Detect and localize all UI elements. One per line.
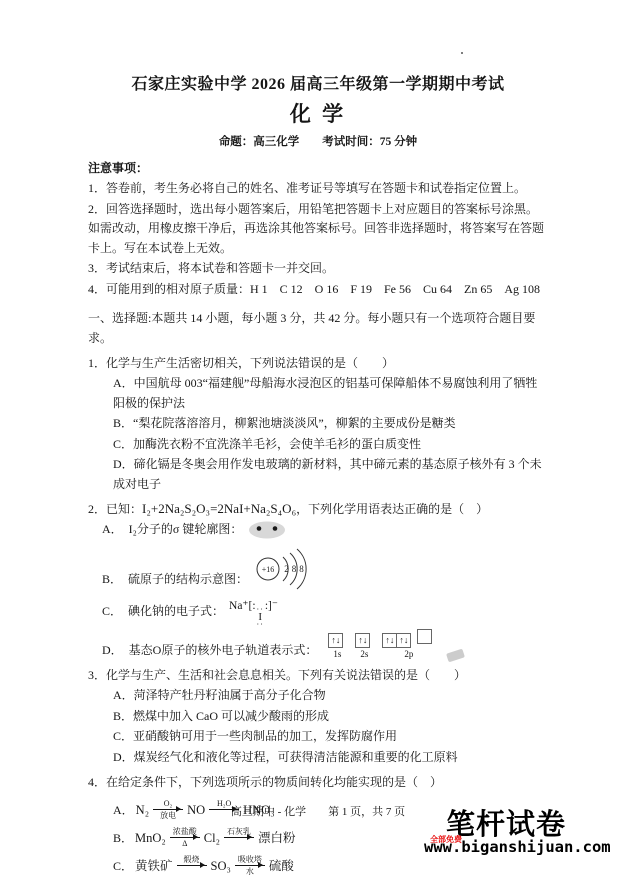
question-2-option-b: B． 硫原子的结构示意图： +16 2 8 8	[88, 544, 548, 594]
option-b-label: B． 硫原子的结构示意图：	[102, 570, 248, 590]
reaction-arrow: 煅烧	[177, 855, 207, 876]
page-content: 石家庄实验中学 2026 届高三年级第一学期期中考试 化 学 命题：高三化学 考…	[88, 74, 548, 876]
question-2-option-a: A． I₂分子的σ 键轮廓图：	[88, 520, 548, 540]
question-2-stem-post: ，下列化学用语表达正确的是（ ）	[296, 502, 488, 516]
orbital-cell-empty	[417, 629, 432, 644]
orbital-label: 2p	[404, 649, 413, 660]
orbital-cell: ↑↓	[355, 633, 370, 648]
option-label: B．	[113, 829, 133, 847]
reactant: MnO₂	[135, 829, 166, 847]
question-1: 1．化学与生产生活密切相关，下列说法错误的是（ ） A．中国航母 003“福建舰…	[88, 353, 548, 494]
exam-meta: 命题：高三化学 考试时间：75 分钟	[88, 134, 548, 150]
notice-item-4: 4．可能用到的相对原子质量：H 1 C 12 O 16 F 19 Fe 56 C…	[88, 280, 548, 300]
notice-heading: 注意事项：	[88, 159, 548, 178]
question-2-stem: 2．已知：I₂+2Na₂S₂O₃=2NaI+Na₂S₄O₆，下列化学用语表达正确…	[88, 499, 548, 519]
svg-text:+16: +16	[262, 565, 275, 574]
question-1-option-c: C．加酶洗衣粉不宜洗涤羊毛衫，会使羊毛衫的蛋白质变性	[88, 435, 548, 455]
product: 硫酸	[269, 857, 294, 875]
question-2-option-c: C． 碘化钠的电子式： Na⁺[:··I··:]⁻	[88, 597, 548, 627]
notice-item-3: 3．考试结束后，将本试卷和答题卡一并交回。	[88, 259, 548, 279]
watermark: 笔杆试卷 全部免费 www.biganshijuan.com	[424, 810, 627, 856]
orbital-box-diagram: ↑↓ 1s ↑↓ 2s ↑↓↑↓ 2p	[328, 633, 444, 660]
reaction-arrow: 浓盐酸Δ	[170, 827, 200, 848]
question-4-stem: 4．在给定条件下，下列选项所示的物质间转化均能实现的是（ ）	[88, 772, 548, 792]
stray-dot	[461, 52, 463, 54]
question-4-option-c: C． 黄铁矿 煅烧 SO₃ 吸收塔水 硫酸	[88, 855, 548, 876]
paper-title: 石家庄实验中学 2026 届高三年级第一学期期中考试	[88, 74, 548, 96]
svg-text:8: 8	[299, 564, 304, 574]
option-c-label: C． 碘化钠的电子式：	[102, 602, 224, 622]
orbital-label: 1s	[333, 649, 341, 660]
orbital-cell: ↑↓	[396, 633, 411, 648]
reactant: 黄铁矿	[135, 857, 173, 875]
question-2-stem-pre: 2．已知：	[88, 502, 142, 516]
question-1-stem: 1．化学与生产生活密切相关，下列说法错误的是（ ）	[88, 353, 548, 373]
question-3-stem: 3．化学与生产、生活和社会息息相关。下列有关说法错误的是（ ）	[88, 665, 548, 685]
question-1-option-b: B．“梨花院落溶溶月，柳絮池塘淡淡风”，柳絮的主要成份是糖类	[88, 414, 548, 434]
orbital-label: 2s	[360, 649, 368, 660]
option-d-label: D． 基态O原子的核外电子轨道表示式：	[102, 641, 317, 661]
electron-dot-formula: Na⁺[:··I··:]⁻	[229, 597, 278, 627]
subject-title: 化 学	[88, 101, 548, 127]
orbital-group-1s: ↑↓ 1s	[328, 633, 346, 660]
reaction-arrow: 吸收塔水	[235, 855, 265, 876]
svg-text:8: 8	[292, 564, 297, 574]
question-3: 3．化学与生产、生活和社会息息相关。下列有关说法错误的是（ ） A．菏泽特产牡丹…	[88, 665, 548, 767]
question-2: 2．已知：I₂+2Na₂S₂O₃=2NaI+Na₂S₄O₆，下列化学用语表达正确…	[88, 499, 548, 660]
svg-text:2: 2	[284, 564, 289, 574]
sigma-bond-contour-diagram	[247, 520, 287, 540]
smudge-artifact	[446, 649, 465, 663]
intermediate: Cl₂	[204, 829, 220, 847]
option-a-label: A． I₂分子的σ 键轮廓图：	[102, 520, 242, 540]
question-1-option-a: A．中国航母 003“福建舰”母船海水浸泡区的铝基可保障船体不易腐蚀利用了牺牲阳…	[88, 374, 548, 413]
orbital-cell: ↑↓	[382, 633, 397, 648]
question-1-option-d: D．碲化镉是冬奥会用作发电玻璃的新材料，其中碲元素的基态原子核外有 3 个未成对…	[88, 455, 548, 494]
question-2-option-d: D． 基态O原子的核外电子轨道表示式： ↑↓ 1s ↑↓ 2s ↑↓↑↓ 2p	[88, 633, 548, 660]
product: 漂白粉	[258, 829, 296, 847]
exam-paper-page: 石家庄实验中学 2026 届高三年级第一学期期中考试 化 学 命题：高三化学 考…	[0, 0, 627, 886]
orbital-group-2s: ↑↓ 2s	[355, 633, 373, 660]
question-3-option-c: C．亚硝酸钠可用于一些肉制品的加工，发挥防腐作用	[88, 727, 548, 747]
question-3-option-a: A．菏泽特产牡丹籽油属于高分子化合物	[88, 686, 548, 706]
question-3-option-d: D．煤炭经气化和液化等过程，可获得清洁能源和重要的化工原料	[88, 748, 548, 768]
orbital-cell: ↑↓	[328, 633, 343, 648]
chemical-equation: I₂+2Na₂S₂O₃=2NaI+Na₂S₄O₆	[142, 501, 296, 516]
watermark-free-badge: 全部免费	[430, 835, 462, 844]
orbital-group-2p: ↑↓↑↓ 2p	[382, 633, 435, 660]
notice-item-2: 2．回答选择题时，选出每小题答案后，用铅笔把答题卡上对应题目的答案标号涂黑。如需…	[88, 200, 548, 259]
section-heading: 一、选择题:本题共 14 小题，每小题 3 分，共 42 分。每小题只有一个选项…	[88, 308, 548, 348]
sulfur-atom-structure-diagram: +16 2 8 8	[253, 544, 315, 594]
watermark-brand: 笔杆试卷	[446, 810, 627, 840]
notice-item-1: 1．答卷前，考生务必将自己的姓名、准考证号等填写在答题卡和试卷指定位置上。	[88, 179, 548, 199]
reaction-arrow: 石灰乳	[224, 827, 254, 848]
intermediate: SO₃	[211, 857, 231, 875]
question-3-option-b: B．燃煤中加入 CaO 可以减少酸雨的形成	[88, 707, 548, 727]
option-label: C．	[113, 857, 133, 875]
